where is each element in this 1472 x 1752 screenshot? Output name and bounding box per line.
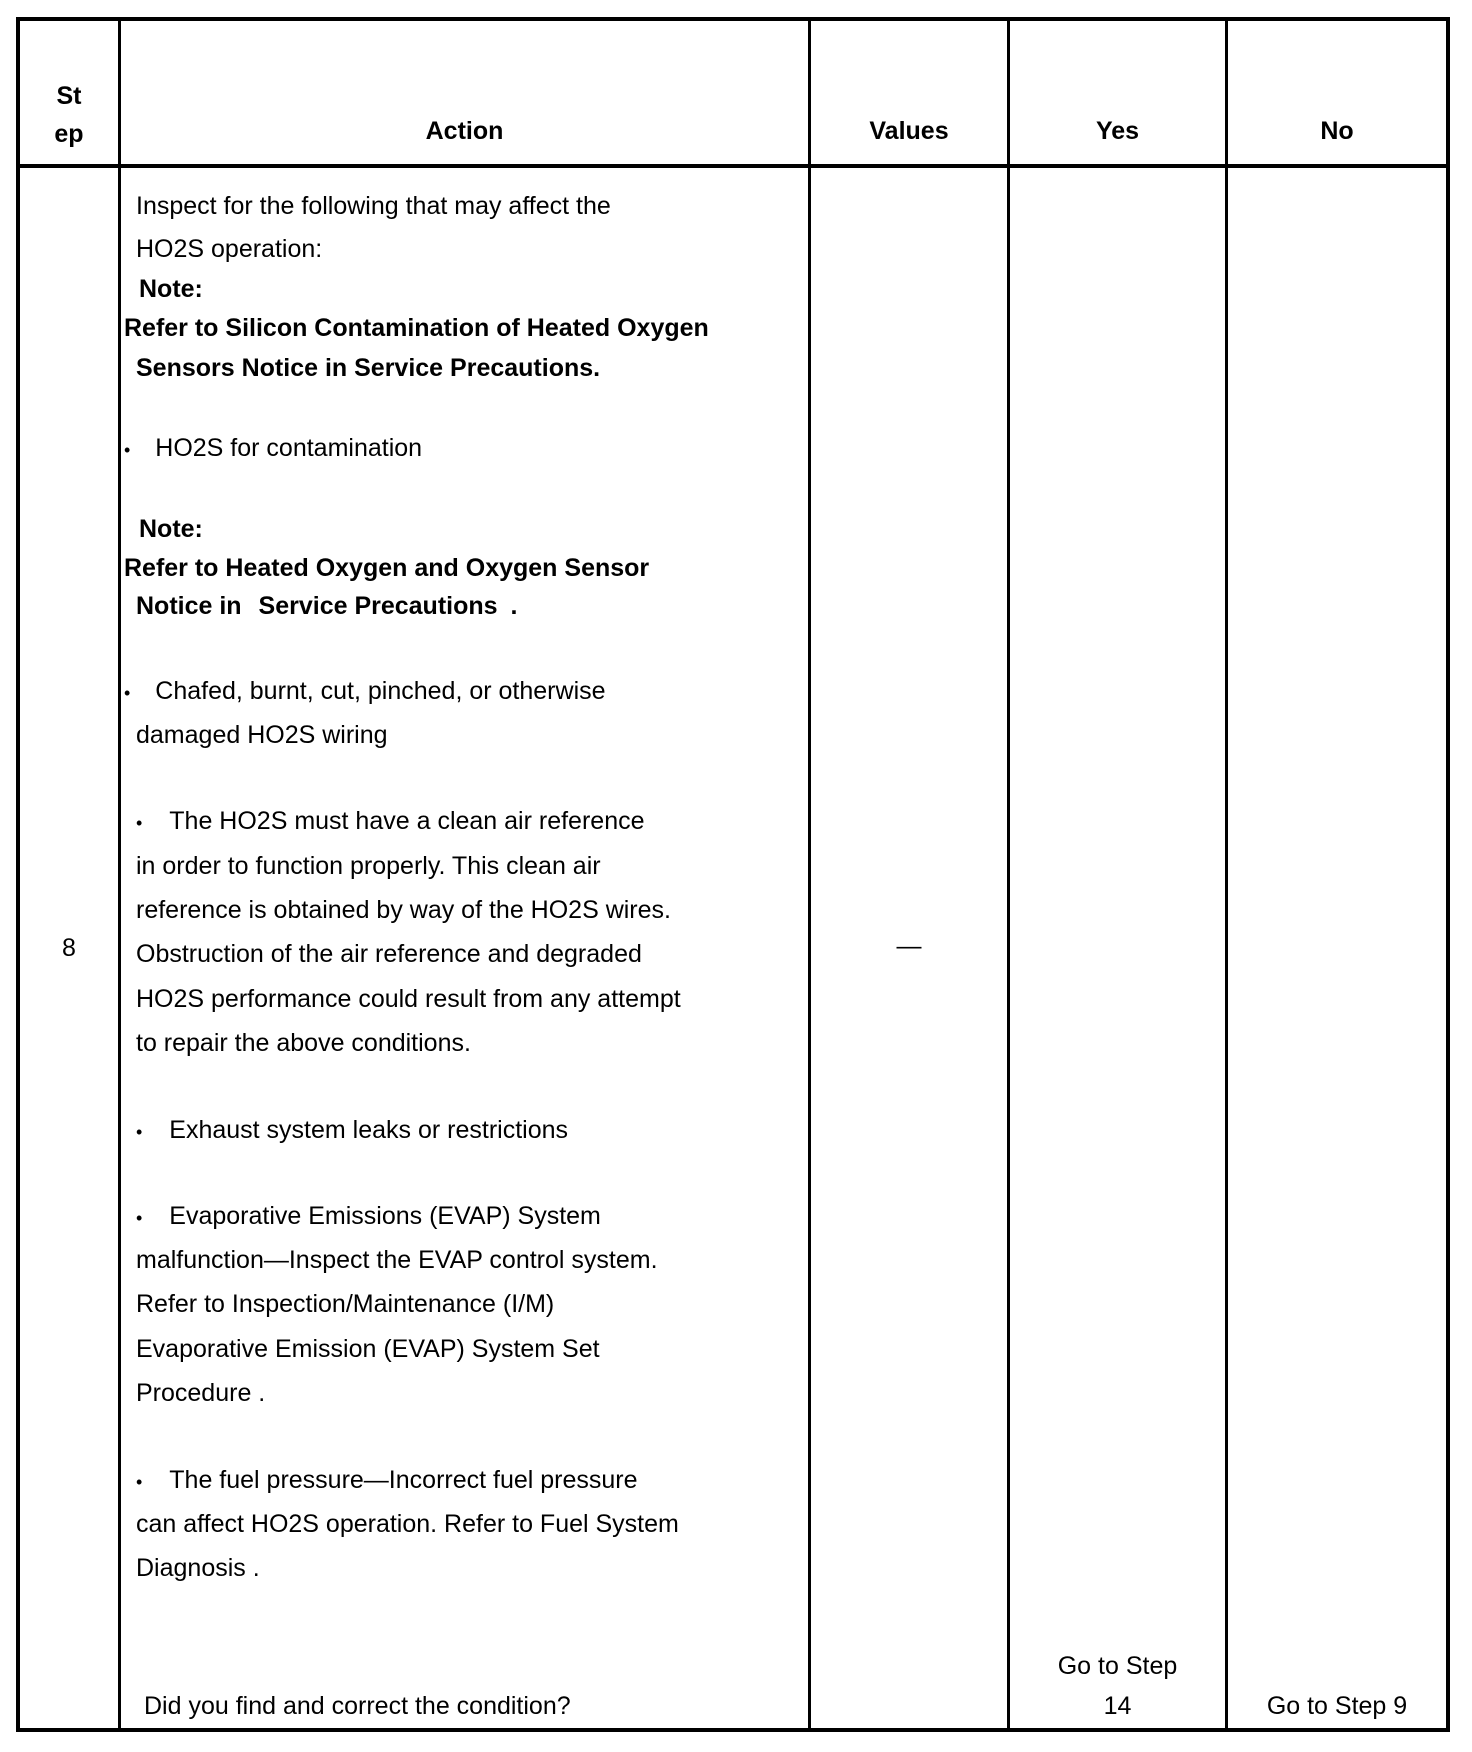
column-divider	[118, 21, 121, 1728]
header-step-line1: St	[20, 77, 118, 115]
yes-line2: 14	[1010, 1686, 1225, 1726]
column-divider	[1225, 21, 1228, 1728]
header-action: Action	[121, 117, 808, 146]
values-cell: —	[811, 931, 1007, 961]
bullet-text: Evaporative Emissions (EVAP) System	[169, 1202, 601, 1230]
air-reference-line5: HO2S performance could result from any a…	[136, 984, 681, 1014]
question: Did you find and correct the condition?	[144, 1691, 571, 1721]
note1-line2-text: Sensors Notice in	[136, 354, 347, 382]
bullet-exhaust: • Exhaust system leaks or restrictions	[136, 1115, 568, 1147]
yes-line1: Go to Step	[1010, 1646, 1225, 1686]
bullet-fuel-pressure: • The fuel pressure—Incorrect fuel press…	[136, 1465, 638, 1497]
action-intro-line2: HO2S operation:	[136, 234, 322, 264]
note1-label: Note:	[139, 274, 203, 304]
note2-label: Note:	[139, 514, 203, 544]
note2-line2: Notice in Service Precautions .	[136, 591, 517, 621]
bullet-text: HO2S for contamination	[155, 434, 422, 462]
service-precautions-link-2[interactable]: Service Precautions	[259, 592, 498, 620]
bullet-text: Exhaust system leaks or restrictions	[169, 1116, 568, 1144]
evap-line5-link[interactable]: Procedure .	[136, 1378, 265, 1408]
note1-period: .	[593, 354, 600, 382]
bullet-air-reference: • The HO2S must have a clean air referen…	[136, 806, 645, 838]
bullet-icon: •	[136, 813, 142, 833]
note2-line2-text: Notice in	[136, 592, 242, 620]
evap-line4-link[interactable]: Evaporative Emission (EVAP) System Set	[136, 1334, 600, 1364]
header-step-line2: ep	[20, 115, 118, 153]
bullet-contamination: • HO2S for contamination	[124, 433, 422, 465]
air-reference-line6: to repair the above conditions.	[136, 1028, 471, 1058]
air-reference-line3: reference is obtained by way of the HO2S…	[136, 895, 671, 925]
no-go-to-step-9[interactable]: Go to Step 9	[1228, 1691, 1446, 1721]
evap-line2: malfunction—Inspect the EVAP control sys…	[136, 1245, 658, 1275]
diagnostic-table: St ep Action Values Yes No 8 — Go to Ste…	[16, 17, 1450, 1732]
fuel-pressure-line2: can affect HO2S operation. Refer to Fuel…	[136, 1509, 679, 1539]
bullet-icon: •	[136, 1122, 142, 1142]
header-step: St ep	[20, 77, 118, 153]
header-no: No	[1228, 117, 1446, 146]
note2-period: .	[511, 592, 518, 620]
air-reference-line4: Obstruction of the air reference and deg…	[136, 939, 642, 969]
step-number: 8	[20, 933, 118, 963]
bullet-wiring: • Chafed, burnt, cut, pinched, or otherw…	[124, 676, 606, 708]
bullet-text: The fuel pressure—Incorrect fuel pressur…	[169, 1466, 637, 1494]
yes-go-to-step-14[interactable]: Go to Step 14	[1010, 1646, 1225, 1726]
bullet-icon: •	[136, 1208, 142, 1228]
note1-line2: Sensors Notice in Service Precautions.	[136, 353, 600, 383]
bullet-icon: •	[124, 683, 130, 703]
header-yes: Yes	[1010, 117, 1225, 146]
column-divider	[808, 21, 811, 1728]
note2-line1: Refer to Heated Oxygen and Oxygen Sensor	[124, 553, 649, 583]
column-divider	[1007, 21, 1010, 1728]
air-reference-line2: in order to function properly. This clea…	[136, 851, 601, 881]
bullet-text: The HO2S must have a clean air reference	[169, 807, 644, 835]
bullet-icon: •	[124, 440, 130, 460]
fuel-system-diagnosis-link[interactable]: Diagnosis .	[136, 1553, 260, 1583]
bullet-text: Chafed, burnt, cut, pinched, or otherwis…	[155, 677, 605, 705]
bullet-wiring-line2: damaged HO2S wiring	[136, 720, 388, 750]
bullet-evap: • Evaporative Emissions (EVAP) System	[136, 1201, 601, 1233]
bullet-icon: •	[136, 1472, 142, 1492]
header-divider	[20, 164, 1446, 168]
action-intro-line1: Inspect for the following that may affec…	[136, 191, 611, 221]
evap-line3-link[interactable]: Refer to Inspection/Maintenance (I/M)	[136, 1289, 554, 1319]
header-values: Values	[811, 117, 1007, 146]
note1-line1: Refer to Silicon Contamination of Heated…	[124, 313, 709, 343]
service-precautions-link-1[interactable]: Service Precautions	[354, 354, 593, 382]
